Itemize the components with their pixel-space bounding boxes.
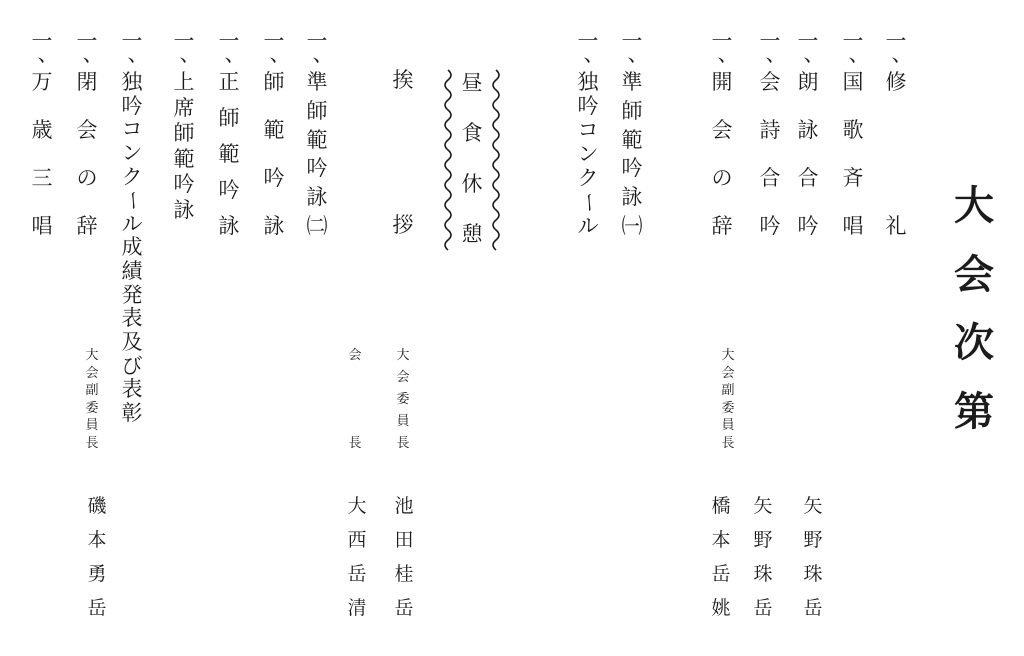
program-item-banzai: 一、 万歳三唱 [29,31,55,237]
role-label-vice-chair-2: 大会副委員長 [84,349,100,450]
document-title: 大会次第 [951,186,997,432]
person-name-hashimoto: 橋本岳姚 [709,497,733,618]
item-marker: 一、 [883,31,909,72]
item-marker: 一、 [757,31,783,72]
program-item-joseki-shihan: 一、 上席師範吟詠 [171,31,197,221]
greeting-label: 挨拶 [390,70,416,236]
wavy-rule-left [443,69,453,255]
item-marker: 一、 [261,31,287,72]
program-item-junshihan-1: 一、 準師範吟詠㈠ [619,31,645,237]
wavy-rule-right [491,69,501,255]
item-marker: 一、 [119,31,145,72]
role-label-vice-chair: 大会副委員長 [720,349,736,450]
program-item-dokugin-concours: 一、 独吟コンクール [575,31,601,237]
item-text: 閉会の辞 [74,72,100,237]
program-item-shurei: 一、 修礼 [883,31,909,237]
program-document: 大会次第 一、 修礼 一、 国歌斉唱 一、 朗詠合吟 一、 会詩合吟 一、 開会… [0,0,1024,656]
program-item-kaikai: 一、 開会の辞 [709,31,735,237]
program-item-kokka: 一、 国歌斉唱 [840,31,866,237]
lunch-break-label: 昼食休憩 [459,73,485,245]
program-item-heikai: 一、 閉会の辞 [74,31,100,237]
item-marker: 一、 [29,31,55,72]
program-item-junshihan-2: 一、 準師範吟詠㈡ [304,31,330,237]
role-label-president: 会長 [347,349,363,450]
item-marker: 一、 [216,31,242,72]
program-item-shihan: 一、 師範吟詠 [261,31,287,237]
item-text: 会詩合吟 [757,72,783,237]
item-marker: 一、 [74,31,100,72]
item-text: 正師範吟詠 [216,72,242,237]
item-text: 準師範吟詠㈡ [304,72,330,237]
program-item-rouei: 一、 朗詠合吟 [795,31,821,237]
item-marker: 一、 [304,31,330,72]
program-item-seiseki-happyo: 一、 独吟コンクール成績発表及び表彰 [119,31,145,424]
item-text: 独吟コンクール成績発表及び表彰 [119,72,145,424]
item-marker: 一、 [709,31,735,72]
program-item-kaishi: 一、 会詩合吟 [757,31,783,237]
person-name-ikeda: 池田桂岳 [392,497,416,618]
item-marker: 一、 [171,31,197,72]
item-marker: 一、 [619,31,645,72]
item-text: 万歳三唱 [29,72,55,237]
item-text: 国歌斉唱 [840,72,866,237]
item-text: 上席師範吟詠 [171,72,197,221]
item-text: 独吟コンクール [575,72,601,237]
item-text: 師範吟詠 [261,72,287,237]
item-text: 開会の辞 [709,72,735,237]
program-item-seishihan: 一、 正師範吟詠 [216,31,242,237]
person-name-yano-2: 矢野珠岳 [751,497,775,618]
role-label-committee-chair: 大会委員長 [395,349,411,450]
person-name-onishi: 大西岳清 [345,497,369,618]
item-text: 修礼 [883,72,909,237]
item-text: 朗詠合吟 [795,72,821,237]
item-text: 準師範吟詠㈠ [619,72,645,237]
item-marker: 一、 [840,31,866,72]
item-marker: 一、 [795,31,821,72]
person-name-isomoto: 磯本勇岳 [85,497,109,618]
item-marker: 一、 [575,31,601,72]
person-name-yano-1: 矢野珠岳 [801,497,825,618]
